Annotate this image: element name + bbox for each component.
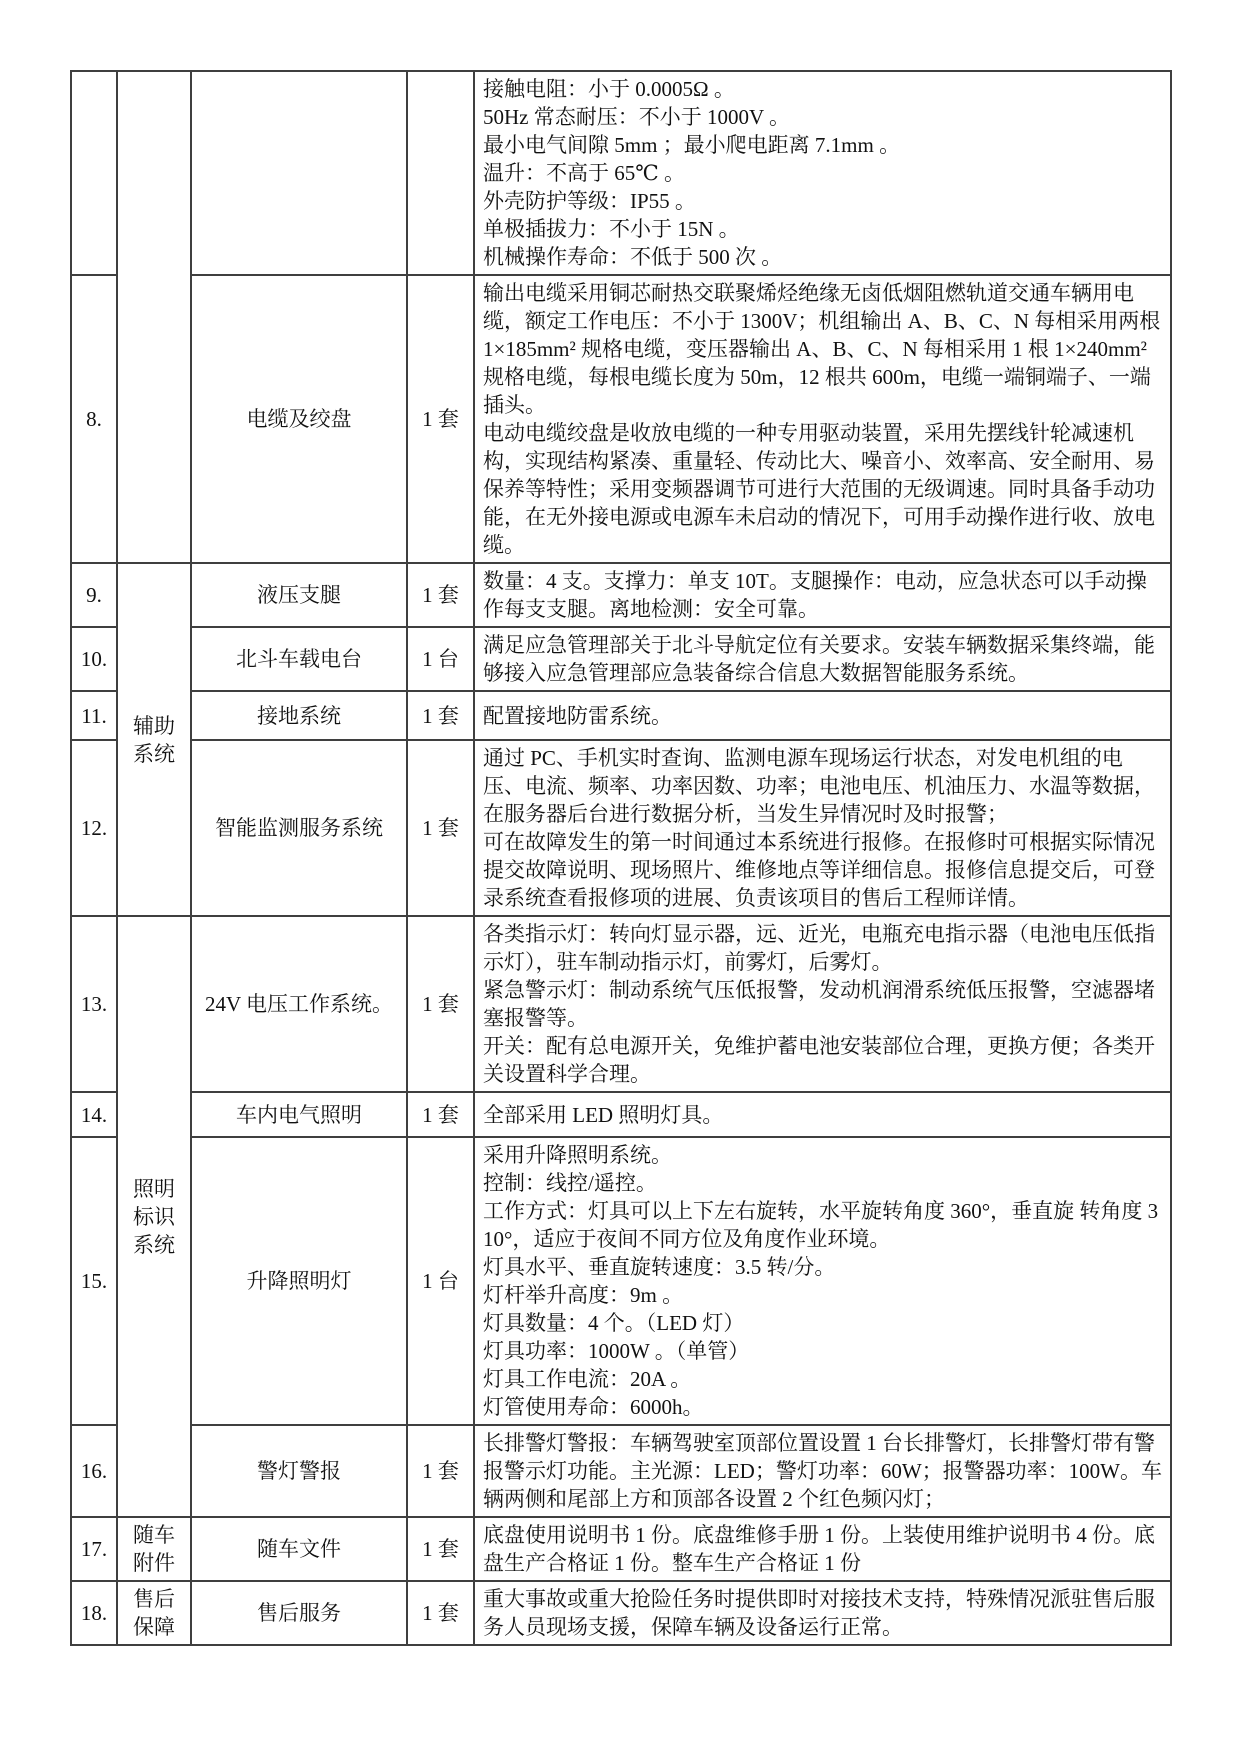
item-name-cell: 警灯警报: [191, 1425, 407, 1517]
spec-line: 灯具工作电流：20A 。: [483, 1365, 1162, 1393]
quantity-cell: 1 套: [407, 1517, 474, 1581]
table-row-8: 8. 电缆及绞盘 1 套 输出电缆采用铜芯耐热交联聚烯烃绝缘无卤低烟阻燃轨道交通…: [71, 275, 1171, 563]
quantity-cell: [407, 71, 474, 275]
spec-line: 工作方式：灯具可以上下左右旋转，水平旋转角度 360°，垂直旋 转角度 310°…: [483, 1197, 1162, 1253]
spec-line: 灯管使用寿命：6000h。: [483, 1393, 1162, 1421]
spec-line: 机械操作寿命：不低于 500 次 。: [483, 243, 1162, 271]
item-name-cell: 接地系统: [191, 691, 407, 740]
item-name-cell: 售后服务: [191, 1581, 407, 1645]
spec-paragraph: 可在故障发生的第一时间通过本系统进行报修。在报修时可根据实际情况提交故障说明、现…: [483, 828, 1162, 912]
category-cell: [117, 71, 191, 563]
spec-paragraph: 通过 PC、手机实时查询、监测电源车现场运行状态，对发电机组的电压、电流、频率、…: [483, 744, 1162, 828]
document-page: 接触电阻：小于 0.0005Ω 。 50Hz 常态耐压：不小于 1000V 。 …: [0, 0, 1241, 1754]
item-name-cell: [191, 71, 407, 275]
description-cell: 长排警灯警报：车辆驾驶室顶部位置设置 1 台长排警灯，长排警灯带有警报警示灯功能…: [474, 1425, 1171, 1517]
spec-line: 灯具功率：1000W 。（单管）: [483, 1337, 1162, 1365]
row-number-cell: 15.: [71, 1137, 117, 1425]
table-row-17: 17. 随车 附件 随车文件 1 套 底盘使用说明书 1 份。底盘维修手册 1 …: [71, 1517, 1171, 1581]
category-cell: 辅助 系统: [117, 563, 191, 916]
spec-line: 单极插拔力：不小于 15N 。: [483, 215, 1162, 243]
quantity-cell: 1 套: [407, 691, 474, 740]
description-cell: 全部采用 LED 照明灯具。: [474, 1092, 1171, 1137]
row-number-cell: 10.: [71, 627, 117, 691]
spec-paragraph: 长排警灯警报：车辆驾驶室顶部位置设置 1 台长排警灯，长排警灯带有警报警示灯功能…: [483, 1429, 1162, 1513]
description-cell: 接触电阻：小于 0.0005Ω 。 50Hz 常态耐压：不小于 1000V 。 …: [474, 71, 1171, 275]
table-row-12: 12. 智能监测服务系统 1 套 通过 PC、手机实时查询、监测电源车现场运行状…: [71, 740, 1171, 916]
description-cell: 配置接地防雷系统。: [474, 691, 1171, 740]
quantity-cell: 1 台: [407, 627, 474, 691]
spec-paragraph: 电动电缆绞盘是收放电缆的一种专用驱动装置，采用先摆线针轮减速机构，实现结构紧凑、…: [483, 419, 1162, 559]
item-name-cell: 智能监测服务系统: [191, 740, 407, 916]
spec-line: 外壳防护等级：IP55 。: [483, 187, 1162, 215]
table-row-9: 9. 辅助 系统 液压支腿 1 套 数量：4 支。支撑力：单支 10T。支腿操作…: [71, 563, 1171, 627]
quantity-cell: 1 套: [407, 1581, 474, 1645]
row-number-cell: 13.: [71, 916, 117, 1092]
row-number-cell: 16.: [71, 1425, 117, 1517]
spec-line: 灯具水平、垂直旋转速度：3.5 转/分。: [483, 1253, 1162, 1281]
spec-paragraph: 开关：配有总电源开关，免维护蓄电池安装部位合理，更换方便；各类开关设置科学合理。: [483, 1032, 1162, 1088]
spec-line: 最小电气间隙 5mm ；最小爬电距离 7.1mm 。: [483, 131, 1162, 159]
spec-line: 接触电阻：小于 0.0005Ω 。: [483, 75, 1162, 103]
description-cell: 底盘使用说明书 1 份。底盘维修手册 1 份。上装使用维护说明书 4 份。底盘生…: [474, 1517, 1171, 1581]
spec-line: 灯具数量：4 个。（LED 灯）: [483, 1309, 1162, 1337]
spec-line: 采用升降照明系统。: [483, 1141, 1162, 1169]
spec-paragraph: 紧急警示灯：制动系统气压低报警，发动机润滑系统低压报警，空滤器堵塞报警等。: [483, 976, 1162, 1032]
category-cell: 售后 保障: [117, 1581, 191, 1645]
quantity-cell: 1 套: [407, 1425, 474, 1517]
row-number-cell: [71, 71, 117, 275]
quantity-cell: 1 套: [407, 916, 474, 1092]
row-number-cell: 18.: [71, 1581, 117, 1645]
item-name-cell: 电缆及绞盘: [191, 275, 407, 563]
table-row-14: 14. 车内电气照明 1 套 全部采用 LED 照明灯具。: [71, 1092, 1171, 1137]
spec-paragraph: 底盘使用说明书 1 份。底盘维修手册 1 份。上装使用维护说明书 4 份。底盘生…: [483, 1521, 1162, 1577]
table-row-16: 16. 警灯警报 1 套 长排警灯警报：车辆驾驶室顶部位置设置 1 台长排警灯，…: [71, 1425, 1171, 1517]
spec-paragraph: 各类指示灯：转向灯显示器，远、近光，电瓶充电指示器（电池电压低指示灯），驻车制动…: [483, 920, 1162, 976]
description-cell: 输出电缆采用铜芯耐热交联聚烯烃绝缘无卤低烟阻燃轨道交通车辆用电缆，额定工作电压：…: [474, 275, 1171, 563]
item-name-cell: 北斗车载电台: [191, 627, 407, 691]
category-cell: 随车 附件: [117, 1517, 191, 1581]
row-number-cell: 8.: [71, 275, 117, 563]
description-cell: 各类指示灯：转向灯显示器，远、近光，电瓶充电指示器（电池电压低指示灯），驻车制动…: [474, 916, 1171, 1092]
spec-paragraph: 输出电缆采用铜芯耐热交联聚烯烃绝缘无卤低烟阻燃轨道交通车辆用电缆，额定工作电压：…: [483, 279, 1162, 419]
quantity-cell: 1 台: [407, 1137, 474, 1425]
item-name-cell: 24V 电压工作系统。: [191, 916, 407, 1092]
table-row-13: 13. 照明 标识 系统 24V 电压工作系统。 1 套 各类指示灯：转向灯显示…: [71, 916, 1171, 1092]
quantity-cell: 1 套: [407, 563, 474, 627]
quantity-cell: 1 套: [407, 275, 474, 563]
spec-table: 接触电阻：小于 0.0005Ω 。 50Hz 常态耐压：不小于 1000V 。 …: [70, 70, 1172, 1646]
spec-paragraph: 配置接地防雷系统。: [483, 702, 1162, 730]
description-cell: 通过 PC、手机实时查询、监测电源车现场运行状态，对发电机组的电压、电流、频率、…: [474, 740, 1171, 916]
row-number-cell: 11.: [71, 691, 117, 740]
description-cell: 重大事故或重大抢险任务时提供即时对接技术支持，特殊情况派驻售后服务人员现场支援，…: [474, 1581, 1171, 1645]
table-row-15: 15. 升降照明灯 1 台 采用升降照明系统。 控制：线控/遥控。 工作方式：灯…: [71, 1137, 1171, 1425]
table-row-10: 10. 北斗车载电台 1 台 满足应急管理部关于北斗导航定位有关要求。安装车辆数…: [71, 627, 1171, 691]
item-name-cell: 升降照明灯: [191, 1137, 407, 1425]
item-name-cell: 车内电气照明: [191, 1092, 407, 1137]
quantity-cell: 1 套: [407, 740, 474, 916]
spec-paragraph: 全部采用 LED 照明灯具。: [483, 1101, 1162, 1129]
row-number-cell: 9.: [71, 563, 117, 627]
spec-paragraph: 满足应急管理部关于北斗导航定位有关要求。安装车辆数据采集终端，能够接入应急管理部…: [483, 631, 1162, 687]
spec-paragraph: 数量：4 支。支撑力：单支 10T。支腿操作：电动，应急状态可以手动操作每支支腿…: [483, 567, 1162, 623]
spec-line: 50Hz 常态耐压：不小于 1000V 。: [483, 103, 1162, 131]
row-number-cell: 17.: [71, 1517, 117, 1581]
row-number-cell: 12.: [71, 740, 117, 916]
spec-paragraph: 重大事故或重大抢险任务时提供即时对接技术支持，特殊情况派驻售后服务人员现场支援，…: [483, 1585, 1162, 1641]
description-cell: 数量：4 支。支撑力：单支 10T。支腿操作：电动，应急状态可以手动操作每支支腿…: [474, 563, 1171, 627]
category-cell: 照明 标识 系统: [117, 916, 191, 1517]
spec-line: 温升：不高于 65℃ 。: [483, 159, 1162, 187]
item-name-cell: 随车文件: [191, 1517, 407, 1581]
description-cell: 采用升降照明系统。 控制：线控/遥控。 工作方式：灯具可以上下左右旋转，水平旋转…: [474, 1137, 1171, 1425]
spec-line: 控制：线控/遥控。: [483, 1169, 1162, 1197]
row-number-cell: 14.: [71, 1092, 117, 1137]
description-cell: 满足应急管理部关于北斗导航定位有关要求。安装车辆数据采集终端，能够接入应急管理部…: [474, 627, 1171, 691]
quantity-cell: 1 套: [407, 1092, 474, 1137]
spec-line: 灯杆举升高度：9m 。: [483, 1281, 1162, 1309]
table-row-11: 11. 接地系统 1 套 配置接地防雷系统。: [71, 691, 1171, 740]
table-row-continued: 接触电阻：小于 0.0005Ω 。 50Hz 常态耐压：不小于 1000V 。 …: [71, 71, 1171, 275]
table-row-18: 18. 售后 保障 售后服务 1 套 重大事故或重大抢险任务时提供即时对接技术支…: [71, 1581, 1171, 1645]
item-name-cell: 液压支腿: [191, 563, 407, 627]
